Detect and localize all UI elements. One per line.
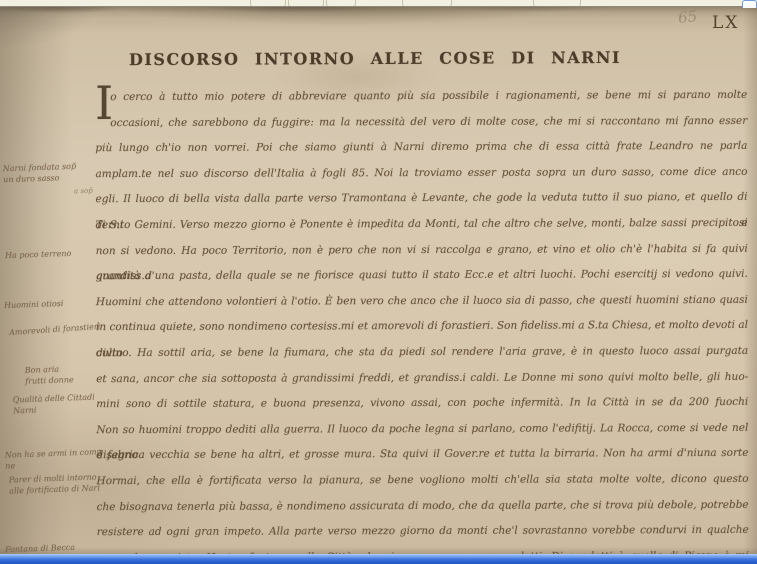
manuscript-line: di S.to Gemini. Verso mezzo giorno è Pon… (96, 211, 748, 239)
margin-note: Narni fondata sop̃ un duro sasso (3, 161, 77, 186)
margin-note: Parer di molti intorno alle fortificatio… (9, 471, 100, 496)
manuscript-line: occasioni, che sarebbono da fuggire: ma … (95, 108, 747, 136)
browser-toolbar-edge (0, 0, 757, 7)
page-torn-edge (0, 6, 757, 18)
manuscript-line: amplam.te nel suo discorso dell'Italia à… (95, 160, 747, 188)
margin-note: a sop̃ (74, 186, 93, 198)
margin-note: Bon aria frutti donne (25, 363, 74, 387)
manuscript-line: in continua quiete, sono nondimeno corte… (96, 313, 748, 341)
margin-note: Huomini otiosi (4, 298, 64, 311)
manuscript-line: et sana, ancor che sia sottoposta à gran… (96, 364, 748, 392)
manuscript-line: più lungo ch'io non vorrei. Poi che siam… (95, 134, 747, 162)
pencil-folio-number: 65 (677, 7, 698, 27)
taskbar-edge[interactable] (0, 554, 757, 564)
manuscript-body: o cerco à tutto mio potere di abbreviare… (95, 83, 749, 564)
printed-folio-number: LX (712, 13, 739, 33)
toolbar-button-outline[interactable] (533, 0, 581, 7)
manuscript-title: DISCORSO INTORNO ALLE COSE DI NARNI (129, 48, 621, 69)
manuscript-line: o cerco à tutto mio potere di abbreviare… (95, 83, 747, 111)
toolbar-button-outline[interactable] (288, 0, 324, 7)
manuscript-line: egli. Il luoco di bella vista dalla part… (96, 185, 748, 213)
screenshot-root: 65 LX DISCORSO INTORNO ALLE COSE DI NARN… (0, 0, 757, 564)
manuscript-line: Hormai, che ella è fortificata verso la … (96, 467, 748, 495)
manuscript-line: Huomini che attendono volontieri à l'oti… (96, 288, 748, 316)
manuscript-line: resistere ad ogni gran impeto. Alla part… (97, 518, 749, 546)
manuscript-line: che bisognava tenerla più bassa, è nondi… (97, 492, 749, 520)
toolbar-button-outline[interactable] (250, 0, 286, 7)
window-corner-widget[interactable] (742, 0, 757, 8)
margin-note: Qualità delle Cittadi Narni (13, 392, 96, 417)
manuscript-line: mini sono di sottile statura, e buona pr… (96, 390, 748, 418)
manuscript-line: è fabrica vecchia se bene ha altri, et g… (96, 441, 748, 469)
toolbar-button-outline[interactable] (326, 0, 356, 7)
manuscript-line: Non so huomini troppo dediti alla guerra… (96, 416, 748, 444)
toolbar-button-outline[interactable] (402, 0, 452, 7)
manuscript-line: quantità d'una pasta, della quale se ne … (96, 262, 748, 290)
margin-note: Non ha se armi in comu ne (5, 446, 103, 471)
margin-note: Ha poco terreno (5, 248, 72, 261)
manuscript-line: non si vedono. Ha poco Territorio, non è… (96, 236, 748, 264)
manuscript-line: divino. Ha sottil aria, se bene la fiuma… (96, 339, 748, 367)
